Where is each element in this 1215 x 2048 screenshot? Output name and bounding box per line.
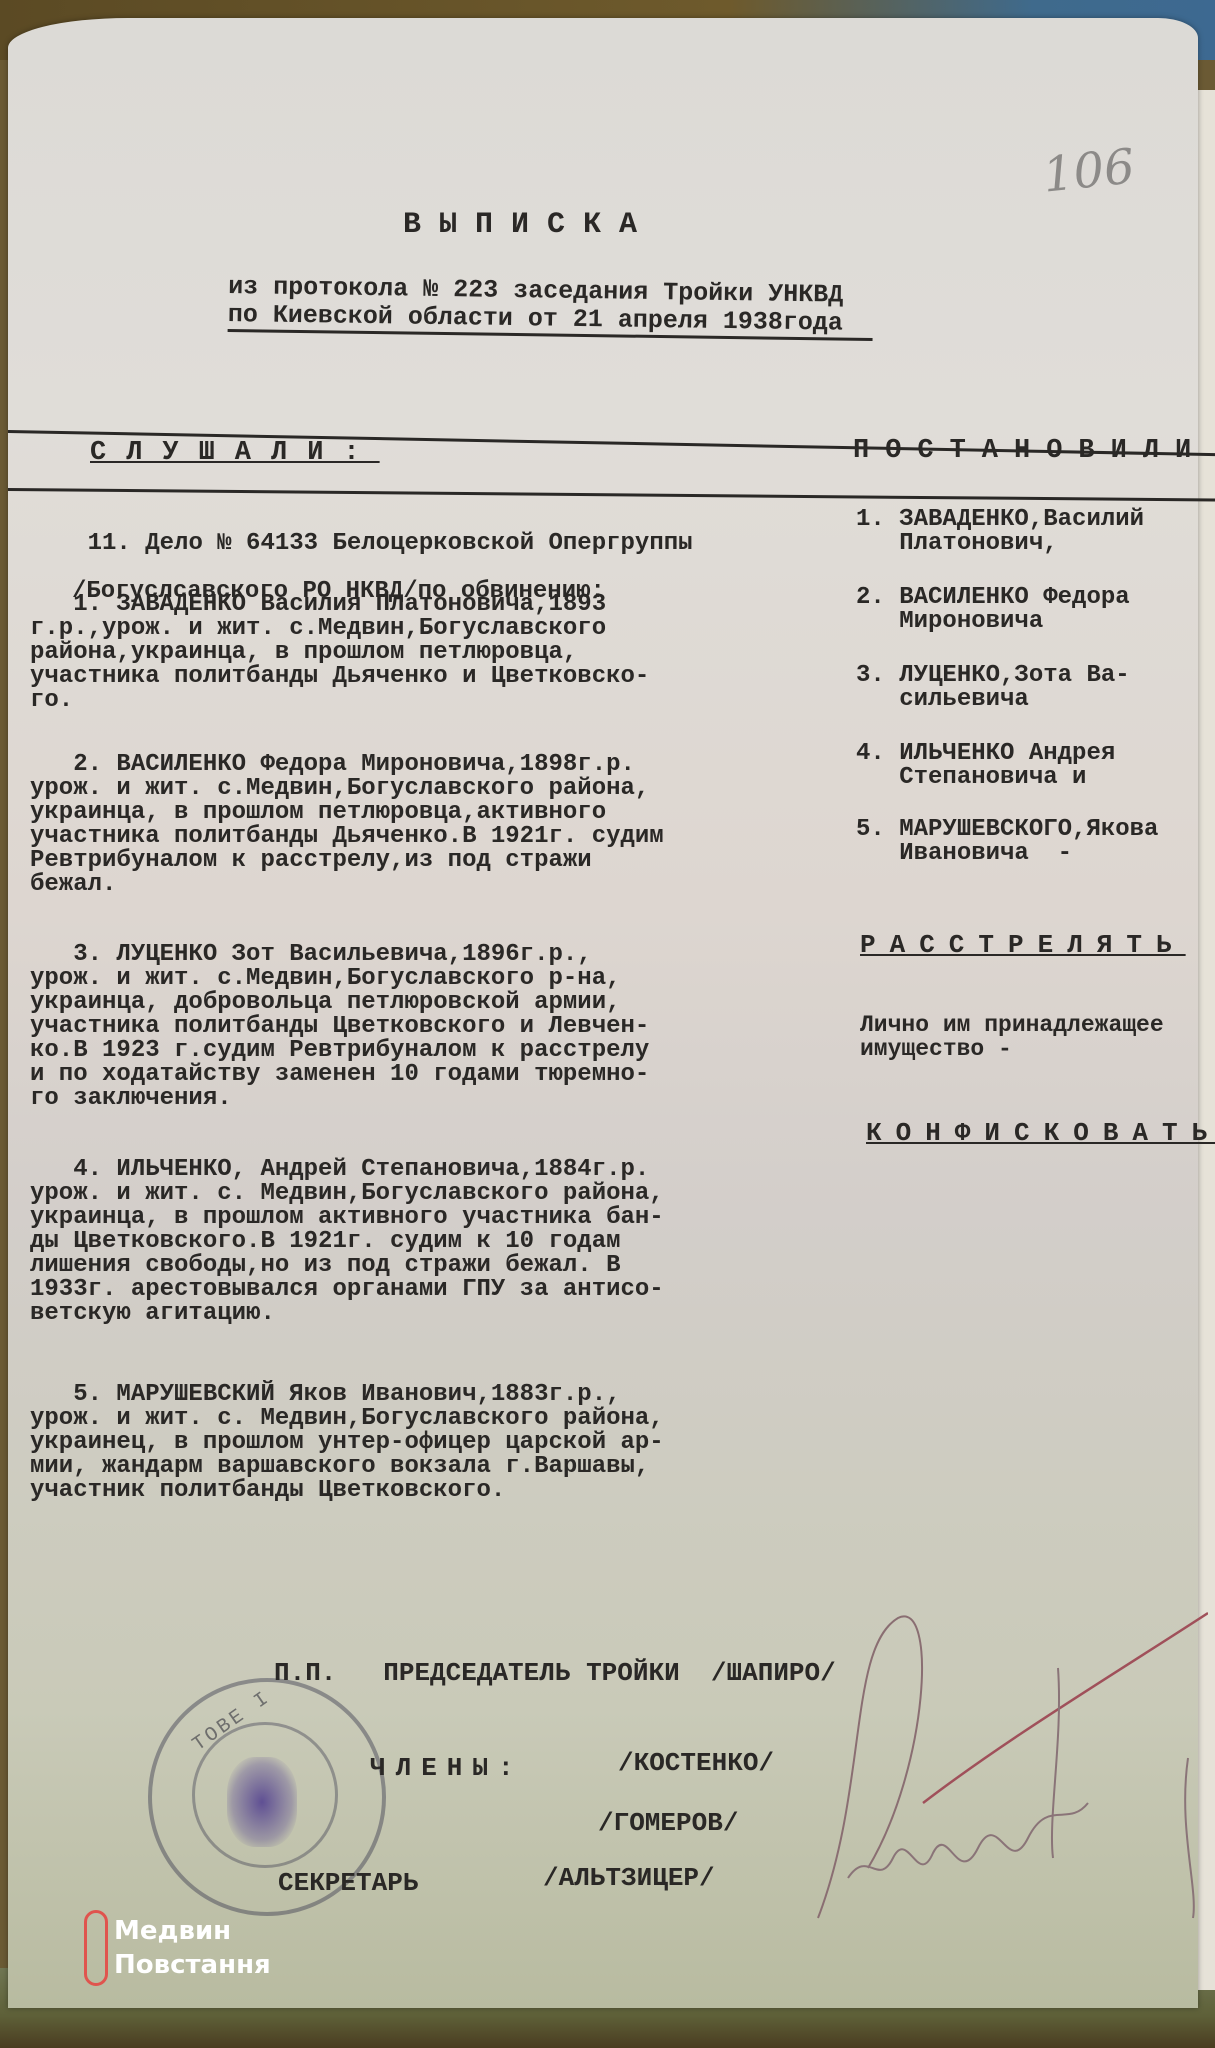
subtitle-line-2: по Киевской области от 21 апреля 1938год… (228, 301, 873, 341)
members-label: ЧЛЕНЫ: (370, 1753, 524, 1783)
stamp-ink-blot (227, 1757, 297, 1847)
member-1-name: /КОСТЕНКО/ (618, 1748, 774, 1778)
decided-header: ПОСТАНОВИЛИ (853, 436, 1207, 466)
secretary-name: /АЛЬТЗИЦЕР/ (543, 1863, 715, 1893)
entry-2: 2. ВАСИЛЕНКО Федора Мироновича,1898г.р. … (30, 753, 830, 897)
decision-4: 4. ИЛЬЧЕНКО Андрея Степановича и (856, 742, 1115, 790)
case-line-1: Дело № 64133 Белоцерковской Опергруппы (145, 530, 692, 557)
logo-text: Медвин Повстання (114, 1914, 271, 1982)
logo-line-1: Медвин (114, 1914, 271, 1948)
watermark-logo: Медвин Повстання (84, 1910, 271, 1986)
verdict-execute: РАССТРЕЛЯТЬ (860, 930, 1186, 960)
chairman-label: ПРЕДСЕДАТЕЛЬ ТРОЙКИ (383, 1658, 679, 1688)
stamp-text: ТОВЕ І (189, 1686, 276, 1756)
header-rule-bottom (8, 488, 1215, 502)
property-text: Лично им принадлежащее имущество - (860, 1013, 1164, 1061)
decision-1: 1. ЗАВАДЕНКО,Василий Платонович, (856, 508, 1144, 556)
decision-2: 2. ВАСИЛЕНКО Федора Мироновича (856, 586, 1130, 634)
logo-line-2: Повстання (114, 1948, 271, 1982)
case-number-label: 11. (88, 530, 131, 557)
chairman-row: П.П. ПРЕДСЕДАТЕЛЬ ТРОЙКИ /ШАПИРО/ (274, 1658, 836, 1688)
decision-3: 3. ЛУЦЕНКО,Зота Ва- сильевича (856, 664, 1130, 712)
handwritten-page-number: 106 (1040, 138, 1137, 203)
logo-pill-icon (84, 1910, 108, 1986)
entry-1: 1. ЗАВАДЕНКО Василия Платоновича,1893 г.… (30, 593, 830, 713)
decision-5: 5. МАРУШЕВСКОГО,Якова Ивановича - (856, 818, 1158, 866)
handwritten-signature (808, 1588, 1208, 1928)
heard-header: СЛУШАЛИ: (90, 438, 380, 468)
member-2-name: /ГОМЕРОВ/ (598, 1808, 738, 1838)
document-subtitle: из протокола № 223 заседания Тройки УНКВ… (228, 273, 874, 341)
document-page: 106 ВЫПИСКА из протокола № 223 заседания… (8, 18, 1198, 2008)
verdict-confiscate: КОНФИСКОВАТЬ (866, 1118, 1215, 1148)
secretary-label: СЕКРЕТАРЬ (278, 1868, 418, 1898)
entry-3: 3. ЛУЦЕНКО Зот Васильевича,1896г.р., уро… (30, 943, 830, 1111)
document-title: ВЫПИСКА (403, 208, 655, 242)
entry-5: 5. МАРУШЕВСКИЙ Яков Иванович,1883г.р., у… (30, 1383, 830, 1503)
chairman-prefix: П.П. (274, 1658, 336, 1688)
entry-4: 4. ИЛЬЧЕНКО, Андрей Степановича,1884г.р.… (30, 1158, 830, 1326)
